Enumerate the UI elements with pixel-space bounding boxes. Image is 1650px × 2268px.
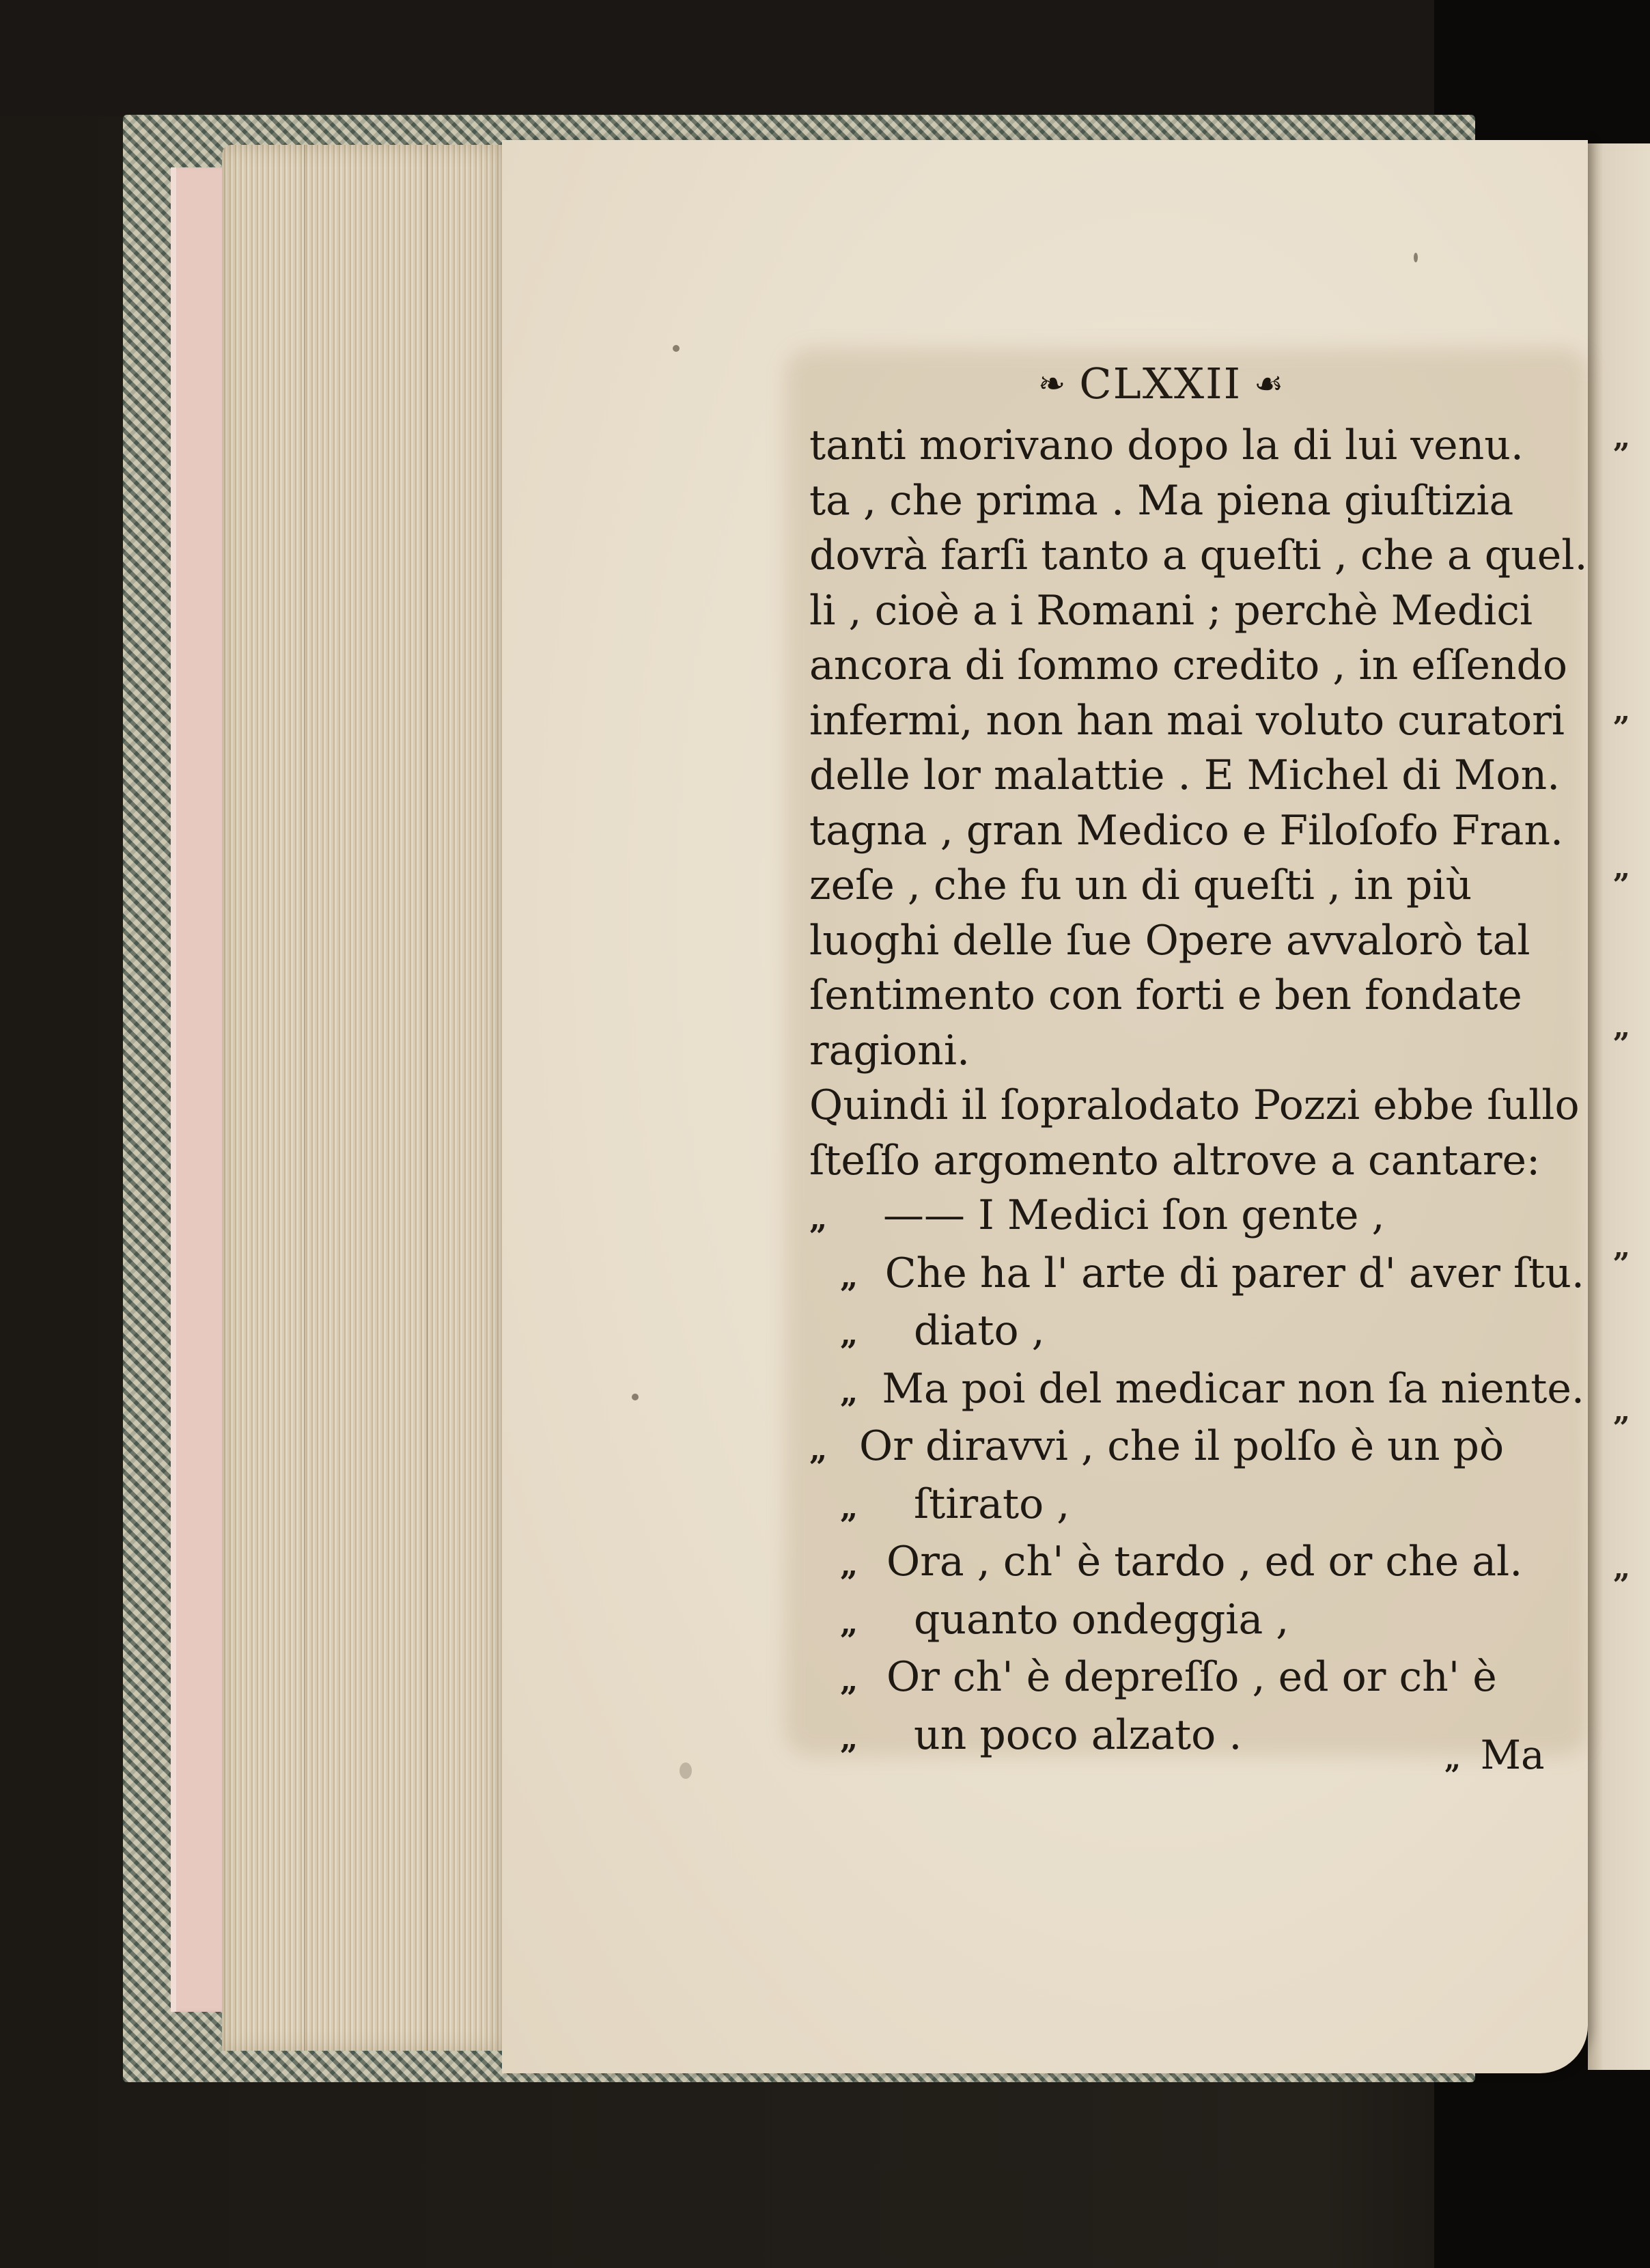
- quote-mark: „: [840, 1537, 886, 1592]
- page-fold-line: [304, 145, 305, 2051]
- page-fold-line: [427, 145, 428, 2051]
- verse-text: ſtirato ,: [886, 1477, 1069, 1532]
- text-line: ſteſſo argomento altrove a cantare:: [809, 1133, 1584, 1189]
- facing-page-mark: „: [1613, 1230, 1630, 1264]
- fleuron-right-icon: ☙: [1254, 365, 1285, 403]
- pink-endpaper: [171, 167, 227, 2012]
- text-line: tanti morivano dopo la di lui venu.: [809, 418, 1584, 473]
- verse-line: „ —— I Medici ſon gente ,: [809, 1188, 1584, 1246]
- fleuron-left-icon: ❧: [1038, 365, 1067, 403]
- text-line: delle lor malattie . E Michel di Mon.: [809, 748, 1584, 803]
- quote-mark: „: [1444, 1742, 1461, 1775]
- verse-line: „ diato ,: [809, 1303, 1584, 1361]
- verse-text: diato ,: [886, 1303, 1045, 1359]
- text-line: ta , che prima . Ma piena giuſtizia: [809, 473, 1584, 529]
- body-text: tanti morivano dopo la di lui venu. ta ,…: [809, 418, 1584, 1765]
- text-line: infermi, non han mai voluto curatori: [809, 693, 1584, 749]
- paper-stain: [680, 1762, 692, 1779]
- text-line: dovrà farſi tanto a queſti , che a quel.: [809, 528, 1584, 583]
- facing-page-mark: „: [1613, 850, 1630, 885]
- page-header: ❧ CLXXII ☙: [1038, 359, 1285, 409]
- verse-text: —— I Medici ſon gente ,: [856, 1188, 1385, 1243]
- verse-text: Ora , ch' è tardo , ed or che al.: [886, 1534, 1522, 1590]
- verse-line: „ Ora , ch' è tardo , ed or che al.: [809, 1534, 1584, 1592]
- text-line: tagna , gran Medico e Filoſofo Fran.: [809, 803, 1584, 859]
- verse-line: „ Or ch' è depreſſo , ed or ch' è: [809, 1650, 1584, 1708]
- verse-line: „ Or diravvi , che il polſo è un pò: [809, 1419, 1584, 1477]
- paper-speck: [1414, 253, 1418, 262]
- quote-mark: „: [809, 1191, 856, 1246]
- facing-page-mark: „: [1613, 1010, 1630, 1045]
- facing-page-mark: „: [1613, 1551, 1630, 1586]
- facing-page-mark: „: [1613, 693, 1630, 728]
- verse-text: Ma poi del medicar non ſa niente.: [882, 1361, 1584, 1417]
- verse-line: „ quanto ondeggia ,: [809, 1592, 1584, 1650]
- verse-text: Che ha l' arte di parer d' aver ſtu.: [885, 1246, 1584, 1301]
- quote-mark: „: [809, 1422, 856, 1477]
- verse-text: Or diravvi , che il polſo è un pò: [856, 1419, 1504, 1474]
- quote-mark: „: [840, 1711, 886, 1766]
- scan-top-shadow: [0, 0, 1650, 116]
- quote-mark: „: [840, 1364, 882, 1420]
- quote-mark: „: [840, 1306, 886, 1361]
- quote-mark: „: [840, 1249, 885, 1304]
- text-line: li , cioè a i Romani ; perchè Medici: [809, 583, 1584, 639]
- page-block-edge: [222, 145, 502, 2051]
- text-line: luoghi delle ſue Opere avvalorò tal: [809, 913, 1584, 969]
- text-line: zeſe , che fu un di queſti , in più: [809, 858, 1584, 913]
- verse-text: Or ch' è depreſſo , ed or ch' è: [886, 1650, 1497, 1705]
- verse-line: „ Ma poi del medicar non ſa niente.: [809, 1361, 1584, 1420]
- facing-page-mark: „: [1613, 1394, 1630, 1428]
- quote-mark: „: [840, 1480, 886, 1535]
- page-number: CLXXII: [1079, 359, 1242, 409]
- quote-mark: „: [840, 1595, 886, 1650]
- text-line: ancora di ſommo credito , in eſſendo: [809, 638, 1584, 693]
- verse-line: „ ſtirato ,: [809, 1477, 1584, 1535]
- text-line: ſentimento con forti e ben fondate: [809, 968, 1584, 1023]
- catchword-text: Ma: [1481, 1732, 1545, 1778]
- paper-speck: [632, 1394, 639, 1400]
- text-line: Quindi il ſopralodato Pozzi ebbe ſullo: [809, 1078, 1584, 1133]
- verse-text: un poco alzato .: [886, 1708, 1242, 1763]
- facing-page-mark: „: [1613, 420, 1630, 455]
- quote-mark: „: [840, 1652, 886, 1708]
- text-line: ragioni.: [809, 1023, 1584, 1079]
- catchword: „ Ma: [1444, 1732, 1545, 1778]
- verse-text: quanto ondeggia ,: [886, 1592, 1289, 1648]
- paper-speck: [673, 345, 680, 352]
- verse-line: „ Che ha l' arte di parer d' aver ſtu.: [809, 1246, 1584, 1304]
